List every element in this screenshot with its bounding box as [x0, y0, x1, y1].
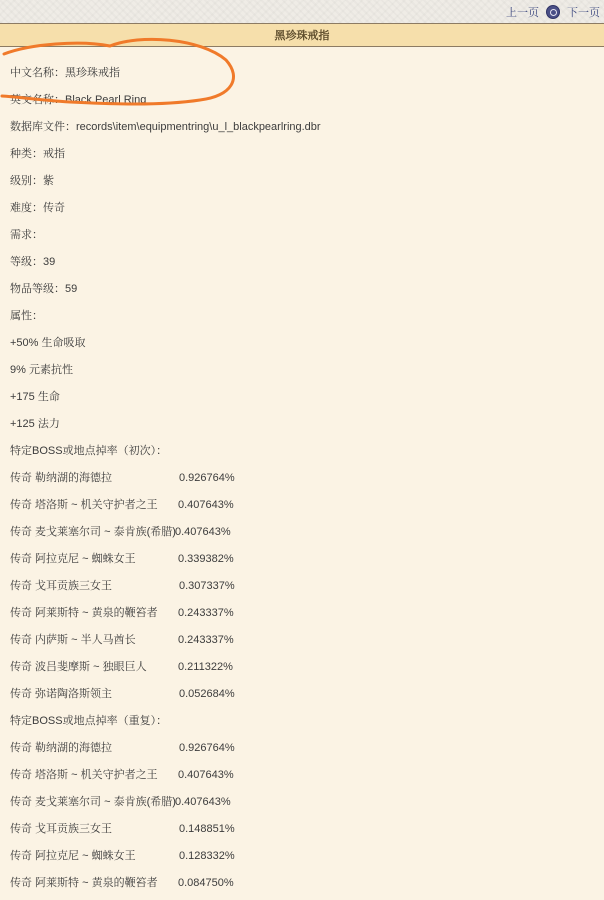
attribute-item: +50% 生命吸取 [10, 336, 86, 350]
item-title: 黑珍珠戒指 [275, 27, 330, 43]
drop-row: 传奇 波吕斐摩斯 ~ 独眼巨人 0.211322% [10, 660, 147, 674]
drop-row: 传奇 塔洛斯 ~ 机关守护者之王 0.407643% [10, 768, 158, 782]
db-file: 数据库文件：records\item\equipmentring\u_l_bla… [10, 120, 321, 134]
drop-row: 传奇 弥诺陶洛斯领主 0.052684% [10, 687, 112, 701]
drop-row: 传奇 勒纳湖的海德拉 0.926764% [10, 741, 112, 755]
top-navigation-bar: 上一页 下一页 [0, 0, 604, 24]
drop-rate: 0.084750% [178, 876, 234, 890]
drop-rate: 0.052684% [179, 687, 235, 701]
page-nav: 上一页 下一页 [506, 3, 600, 21]
difficulty: 难度：传奇 [10, 201, 65, 215]
requirements-label: 需求： [10, 228, 43, 242]
drop-source: 传奇 阿莱斯特 ~ 黄泉的鞭笞者 [10, 606, 158, 620]
item-title-bar: 黑珍珠戒指 [0, 24, 604, 47]
drop-row: 传奇 麦戈莱塞尔司 ~ 泰肯族(希腊) 0.407643% [10, 795, 176, 809]
drop-source: 传奇 阿莱斯特 ~ 黄泉的鞭笞者 [10, 876, 158, 890]
drop-rate: 0.407643% [178, 768, 234, 782]
drop-rate: 0.926764% [179, 741, 235, 755]
drop-rate: 0.307337% [179, 579, 235, 593]
drops-first-label: 特定BOSS或地点掉率（初次）： [10, 444, 167, 458]
drop-source: 传奇 塔洛斯 ~ 机关守护者之王 [10, 768, 158, 782]
drop-row: 传奇 阿莱斯特 ~ 黄泉的鞭笞者 0.084750% [10, 876, 158, 890]
drop-rate: 0.148851% [179, 822, 235, 836]
attribute-item: 9% 元素抗性 [10, 363, 73, 377]
drop-row: 传奇 戈耳贡族三女王 0.148851% [10, 822, 112, 836]
drop-rate: 0.926764% [179, 471, 235, 485]
drop-row: 传奇 内萨斯 ~ 半人马酋长 0.243337% [10, 633, 136, 647]
drop-row: 传奇 麦戈莱塞尔司 ~ 泰肯族(希腊) 0.407643% [10, 525, 176, 539]
drop-source: 传奇 阿拉克尼 ~ 蜘蛛女王 [10, 552, 136, 566]
drop-source: 传奇 勒纳湖的海德拉 [10, 741, 112, 755]
drop-source: 传奇 波吕斐摩斯 ~ 独眼巨人 [10, 660, 147, 674]
next-page-link[interactable]: 下一页 [567, 4, 600, 20]
drop-row: 传奇 阿莱斯特 ~ 黄泉的鞭笞者 0.243337% [10, 606, 158, 620]
drop-source: 传奇 勒纳湖的海德拉 [10, 471, 112, 485]
drop-source: 传奇 弥诺陶洛斯领主 [10, 687, 112, 701]
tier: 级别：紫 [10, 174, 54, 188]
drop-source: 传奇 戈耳贡族三女王 [10, 822, 112, 836]
item-details: 中文名称：黑珍珠戒指 英文名称：Black Pearl Ring 数据库文件：r… [0, 47, 604, 900]
item-level: 物品等级：59 [10, 282, 77, 296]
drop-source: 传奇 塔洛斯 ~ 机关守护者之王 [10, 498, 158, 512]
drop-rate: 0.407643% [178, 498, 234, 512]
site-emblem-icon[interactable] [546, 5, 560, 19]
drop-rate: 0.339382% [178, 552, 234, 566]
drop-source: 传奇 阿拉克尼 ~ 蜘蛛女王 [10, 849, 136, 863]
english-name: 英文名称：Black Pearl Ring [10, 93, 146, 107]
drop-rate: 0.128332% [179, 849, 235, 863]
level: 等级：39 [10, 255, 55, 269]
drop-rate: 0.407643% [175, 525, 231, 539]
drops-repeat-label: 特定BOSS或地点掉率（重复）： [10, 714, 167, 728]
drop-row: 传奇 戈耳贡族三女王 0.307337% [10, 579, 112, 593]
drop-row: 传奇 勒纳湖的海德拉 0.926764% [10, 471, 112, 485]
drop-rate: 0.407643% [175, 795, 231, 809]
attribute-item: +125 法力 [10, 417, 60, 431]
drop-rate: 0.243337% [178, 606, 234, 620]
drop-source: 传奇 内萨斯 ~ 半人马酋长 [10, 633, 136, 647]
drop-rate: 0.243337% [178, 633, 234, 647]
drop-source: 传奇 麦戈莱塞尔司 ~ 泰肯族(希腊) [10, 525, 176, 539]
drop-row: 传奇 阿拉克尼 ~ 蜘蛛女王 0.339382% [10, 552, 136, 566]
drop-source: 传奇 麦戈莱塞尔司 ~ 泰肯族(希腊) [10, 795, 176, 809]
category: 种类：戒指 [10, 147, 65, 161]
attributes-label: 属性： [10, 309, 43, 323]
drop-row: 传奇 塔洛斯 ~ 机关守护者之王 0.407643% [10, 498, 158, 512]
attribute-item: +175 生命 [10, 390, 60, 404]
drop-row: 传奇 阿拉克尼 ~ 蜘蛛女王 0.128332% [10, 849, 136, 863]
chinese-name: 中文名称：黑珍珠戒指 [10, 66, 120, 80]
prev-page-link[interactable]: 上一页 [506, 4, 539, 20]
drop-source: 传奇 戈耳贡族三女王 [10, 579, 112, 593]
drop-rate: 0.211322% [178, 660, 233, 674]
